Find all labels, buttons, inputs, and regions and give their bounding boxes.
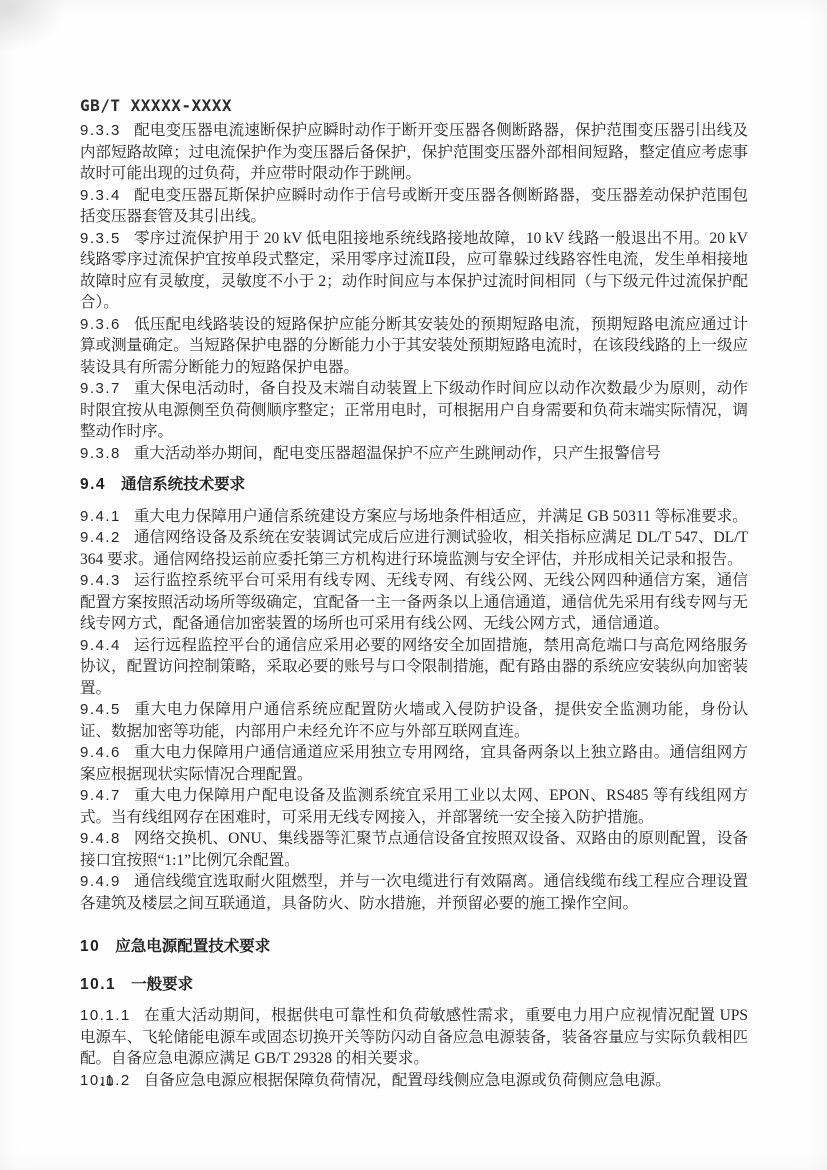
clause-number: 9.3.8: [80, 445, 121, 462]
clause-number: 9.4.7: [80, 787, 121, 804]
clause-9.3.8: 9.3.8重大活动举办期间，配电变压器超温保护不应产生跳闸动作，只产生报警信号: [80, 443, 748, 465]
clause-text: 通信网络设备及系统在安装调试完成后应进行测试验收，相关指标应满足 DL/T 54…: [80, 529, 748, 568]
clause-text: 通信线缆宜选取耐火阻燃型，并与一次电缆进行有效隔离。通信线缆布线工程应合理设置各…: [80, 873, 748, 912]
clause-text: 重大活动举办期间，配电变压器超温保护不应产生跳闸动作，只产生报警信号: [134, 445, 661, 462]
clause-text: 配电变压器瓦斯保护应瞬时动作于信号或断开变压器各侧断路器，变压器差动保护范围包括…: [80, 187, 748, 226]
clause-number: 9.4.6: [80, 744, 121, 761]
clause-text: 重大电力保障用户通信系统应配置防火墙或入侵防护设备，提供安全监测功能，身份认证、…: [80, 701, 748, 740]
clause-text: 网络交换机、ONU、集线器等汇聚节点通信设备宜按照双设备、双路由的原则配置，设备…: [80, 830, 748, 869]
clause-text: 运行监控系统平台可采用有线专网、无线专网、有线公网、无线公网四种通信方案，通信配…: [80, 572, 748, 632]
clause-9.4.7: 9.4.7重大电力保障用户配电设备及监测系统宜采用工业以太网、EPON、RS48…: [80, 785, 748, 828]
clause-10.1.1: 10.1.1在重大活动期间，根据供电可靠性和负荷敏感性需求，重要电力用户应视情况…: [80, 1005, 748, 1070]
clause-text: 运行远程监控平台的通信应采用必要的网络安全加固措施，禁用高危端口与高危网络服务协…: [80, 637, 748, 697]
clause-9.3.7: 9.3.7重大保电活动时，备自投及末端自动装置上下级动作时间应以动作次数最少为原…: [80, 378, 748, 443]
clause-number: 9.4.3: [80, 572, 121, 589]
clause-number: 10.1.1: [80, 1007, 131, 1024]
section-heading-9.4: 9.4通信系统技术要求: [80, 474, 748, 496]
clause-number: 9.3.6: [80, 316, 121, 333]
clause-text: 自备应急电源应根据保障负荷情况，配置母线侧应急电源或负荷侧应急电源。: [144, 1072, 671, 1089]
clause-number: 9.4.8: [80, 830, 121, 847]
document-code-header: GB/T XXXXX-XXXX: [80, 96, 232, 115]
clause-number: 9.4.5: [80, 701, 121, 718]
clause-number: 9.4.1: [80, 508, 121, 525]
clause-text: 在重大活动期间，根据供电可靠性和负荷敏感性需求，重要电力用户应视情况配置 UPS…: [80, 1007, 748, 1067]
clause-text: 低压配电线路装设的短路保护应能分断其安装处的预期短路电流，预期短路电流应通过计算…: [80, 316, 748, 376]
heading-text: 通信系统技术要求: [121, 476, 245, 493]
document-body: 9.3.3配电变压器电流速断保护应瞬时动作于断开变压器各侧断路器，保护范围变压器…: [80, 120, 748, 1091]
heading-text: 一般要求: [131, 976, 193, 993]
clause-text: 重大保电活动时，备自投及末端自动装置上下级动作时间应以动作次数最少为原则，动作时…: [80, 380, 748, 440]
clause-number: 9.4.4: [80, 637, 121, 654]
clause-text: 零序过流保护用于 20 kV 低电阻接地系统线路接地故障，10 kV 线路一般退…: [80, 230, 748, 312]
clause-number: 9.3.7: [80, 380, 121, 397]
clause-9.3.3: 9.3.3配电变压器电流速断保护应瞬时动作于断开变压器各侧断路器，保护范围变压器…: [80, 120, 748, 185]
clause-9.3.4: 9.3.4配电变压器瓦斯保护应瞬时动作于信号或断开变压器各侧断路器，变压器差动保…: [80, 185, 748, 228]
clause-9.3.5: 9.3.5零序过流保护用于 20 kV 低电阻接地系统线路接地故障，10 kV …: [80, 228, 748, 314]
clause-number: 9.3.4: [80, 187, 121, 204]
clause-number: 9.4.2: [80, 529, 121, 546]
section-heading-10.1: 10.1一般要求: [80, 974, 748, 996]
clause-9.4.9: 9.4.9通信线缆宜选取耐火阻燃型，并与一次电缆进行有效隔离。通信线缆布线工程应…: [80, 871, 748, 914]
clause-9.4.5: 9.4.5重大电力保障用户通信系统应配置防火墙或入侵防护设备，提供安全监测功能，…: [80, 699, 748, 742]
clause-text: 重大电力保障用户通信系统建设方案应与场地条件相适应，并满足 GB 50311 等…: [134, 508, 748, 525]
clause-number: 10.1: [80, 976, 116, 993]
section-heading-10: 10应急电源配置技术要求: [80, 936, 748, 958]
clause-9.4.1: 9.4.1重大电力保障用户通信系统建设方案应与场地条件相适应，并满足 GB 50…: [80, 506, 748, 528]
clause-9.4.3: 9.4.3运行监控系统平台可采用有线专网、无线专网、有线公网、无线公网四种通信方…: [80, 570, 748, 635]
clause-number: 10: [80, 938, 100, 955]
clause-9.4.4: 9.4.4运行远程监控平台的通信应采用必要的网络安全加固措施，禁用高危端口与高危…: [80, 635, 748, 700]
clause-9.3.6: 9.3.6低压配电线路装设的短路保护应能分断其安装处的预期短路电流，预期短路电流…: [80, 314, 748, 379]
heading-text: 应急电源配置技术要求: [115, 938, 270, 955]
scan-corner-smudge: [0, 0, 70, 55]
clause-text: 重大电力保障用户通信通道应采用独立专用网络，宜具备两条以上独立路由。通信组网方案…: [80, 744, 748, 783]
clause-number: 9.3.3: [80, 122, 121, 139]
clause-number: 9.4.9: [80, 873, 121, 890]
clause-9.4.2: 9.4.2通信网络设备及系统在安装调试完成后应进行测试验收，相关指标应满足 DL…: [80, 527, 748, 570]
clause-number: 9.3.5: [80, 230, 121, 247]
clause-9.4.8: 9.4.8网络交换机、ONU、集线器等汇聚节点通信设备宜按照双设备、双路由的原则…: [80, 828, 748, 871]
clause-number: 9.4: [80, 476, 106, 493]
clause-10.1.2: 10.1.2自备应急电源应根据保障负荷情况，配置母线侧应急电源或负荷侧应急电源。: [80, 1070, 748, 1092]
clause-9.4.6: 9.4.6重大电力保障用户通信通道应采用独立专用网络，宜具备两条以上独立路由。通…: [80, 742, 748, 785]
document-page: GB/T XXXXX-XXXX 9.3.3配电变压器电流速断保护应瞬时动作于断开…: [0, 0, 827, 1170]
clause-text: 重大电力保障用户配电设备及监测系统宜采用工业以太网、EPON、RS485 等有线…: [80, 787, 748, 826]
clause-text: 配电变压器电流速断保护应瞬时动作于断开变压器各侧断路器，保护范围变压器引出线及内…: [80, 122, 748, 182]
page-number: 10: [99, 1074, 114, 1091]
